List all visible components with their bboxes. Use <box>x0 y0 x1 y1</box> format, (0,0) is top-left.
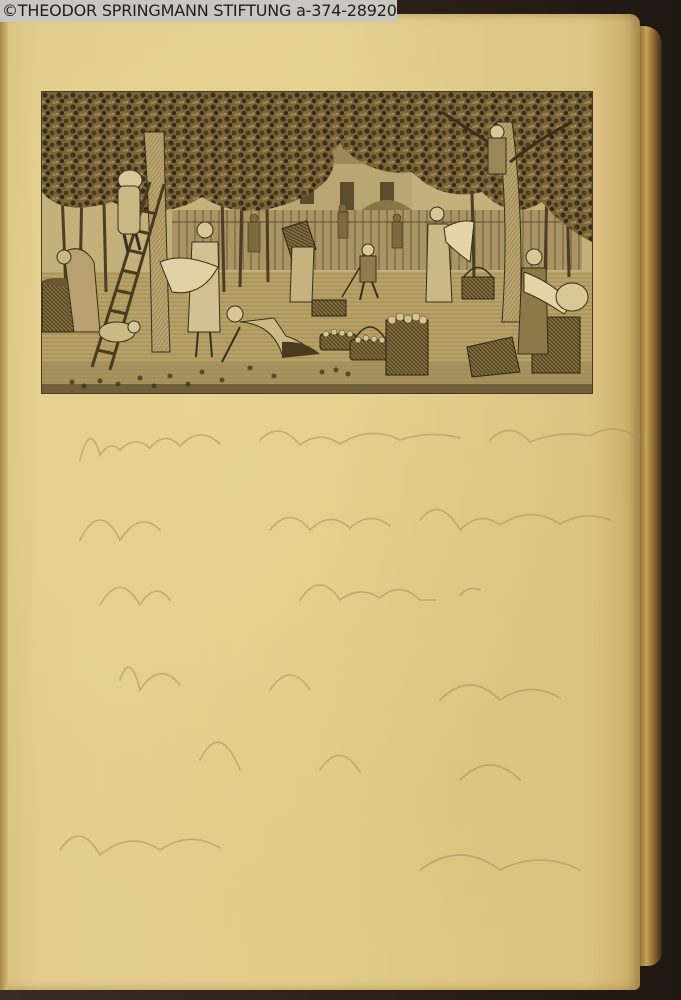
copyright-watermark: ©THEODOR SPRINGMANN STIFTUNG a-374-28920 <box>0 0 397 22</box>
figure-in-tree <box>488 125 506 174</box>
orchard-engraving <box>42 92 592 393</box>
page-gutter <box>0 14 8 990</box>
